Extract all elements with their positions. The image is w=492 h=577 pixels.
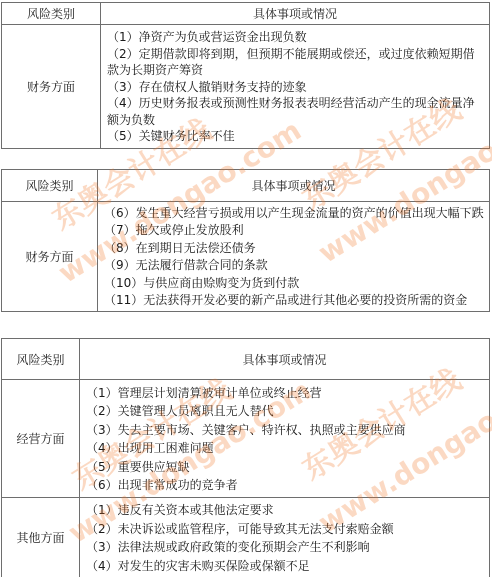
list-item: （5）关键财务比率不佳 (107, 128, 485, 145)
list-item: （8）在到期日无法偿还债务 (104, 240, 485, 258)
risk-table-operating-other: 风险类别 具体事项或情况 经营方面 （1）管理层计划清算被审计单位或终止经营 （… (1, 338, 490, 577)
category-cell: 财务方面 (2, 202, 98, 312)
header-risk-category: 风险类别 (2, 339, 80, 380)
category-cell: 财务方面 (2, 25, 101, 149)
list-item: （3）法律法规或政府政策的变化预期会产生不利影响 (86, 538, 485, 557)
header-risk-category: 风险类别 (2, 3, 101, 25)
list-item: （6）发生重大经营亏损或用以产生现金流量的资产的价值出现大幅下跌 (104, 205, 485, 223)
items-cell: （1）管理层计划清算被审计单位或终止经营 （2）关键管理人员离职且无人替代 （3… (80, 380, 490, 498)
list-item: （2）关键管理人员离职且无人替代 (86, 402, 485, 421)
list-item: （4）出现用工困难问题 (86, 439, 485, 458)
risk-table-financial-part1: 风险类别 具体事项或情况 财务方面 （1）净资产为负或营运资金出现负数 （2）定… (1, 2, 490, 149)
list-item: （9）无法履行借款合同的条款 (104, 257, 485, 275)
list-item: （7）拖欠或停止发放股利 (104, 222, 485, 240)
table-row: 财务方面 （1）净资产为负或营运资金出现负数 （2）定期借款即将到期，但预期不能… (2, 25, 490, 149)
risk-table-financial-part2: 风险类别 具体事项或情况 财务方面 （6）发生重大经营亏损或用以产生现金流量的资… (1, 169, 490, 312)
header-risk-category: 风险类别 (2, 170, 98, 202)
list-item: （1）净资产为负或营运资金出现负数 (107, 29, 485, 46)
list-item: （11）无法获得开发必要的新产品或进行其他必要的投资所需的资金 (104, 292, 485, 310)
list-item: （10）与供应商由赊购变为货到付款 (104, 275, 485, 293)
list-item: （1）管理层计划清算被审计单位或终止经营 (86, 384, 485, 403)
table-header-row: 风险类别 具体事项或情况 (2, 339, 490, 380)
table-row: 经营方面 （1）管理层计划清算被审计单位或终止经营 （2）关键管理人员离职且无人… (2, 380, 490, 498)
category-cell: 经营方面 (2, 380, 80, 498)
items-cell: （6）发生重大经营亏损或用以产生现金流量的资产的价值出现大幅下跌 （7）拖欠或停… (98, 202, 490, 312)
list-item: （2）定期借款即将到期，但预期不能展期或偿还，或过度依赖短期借款为长期资产筹资 (107, 46, 485, 79)
list-item: （5）重要供应短缺 (86, 458, 485, 477)
category-cell: 其他方面 (2, 498, 80, 577)
table-row: 财务方面 （6）发生重大经营亏损或用以产生现金流量的资产的价值出现大幅下跌 （7… (2, 202, 490, 312)
list-item: （1）违反有关资本或其他法定要求 (86, 501, 485, 520)
items-cell: （1）净资产为负或营运资金出现负数 （2）定期借款即将到期，但预期不能展期或偿还… (101, 25, 490, 149)
list-item: （2）未决诉讼或监管程序，可能导致其无法支付索赔金额 (86, 520, 485, 539)
table-header-row: 风险类别 具体事项或情况 (2, 170, 490, 202)
list-item: （6）出现非常成功的竞争者 (86, 476, 485, 495)
list-item: （3）失去主要市场、关键客户、特许权、执照或主要供应商 (86, 421, 485, 440)
list-item: （3）存在债权人撤销财务支持的迹象 (107, 79, 485, 96)
table-row: 其他方面 （1）违反有关资本或其他法定要求 （2）未决诉讼或监管程序，可能导致其… (2, 498, 490, 577)
table-header-row: 风险类别 具体事项或情况 (2, 3, 490, 25)
items-cell: （1）违反有关资本或其他法定要求 （2）未决诉讼或监管程序，可能导致其无法支付索… (80, 498, 490, 577)
list-item: （4）对发生的灾害未购买保险或保额不足 (86, 557, 485, 576)
header-specific-items: 具体事项或情况 (80, 339, 490, 380)
header-specific-items: 具体事项或情况 (101, 3, 490, 25)
list-item: （4）历史财务报表或预测性财务报表表明经营活动产生的现金流量净额为负数 (107, 95, 485, 128)
header-specific-items: 具体事项或情况 (98, 170, 490, 202)
